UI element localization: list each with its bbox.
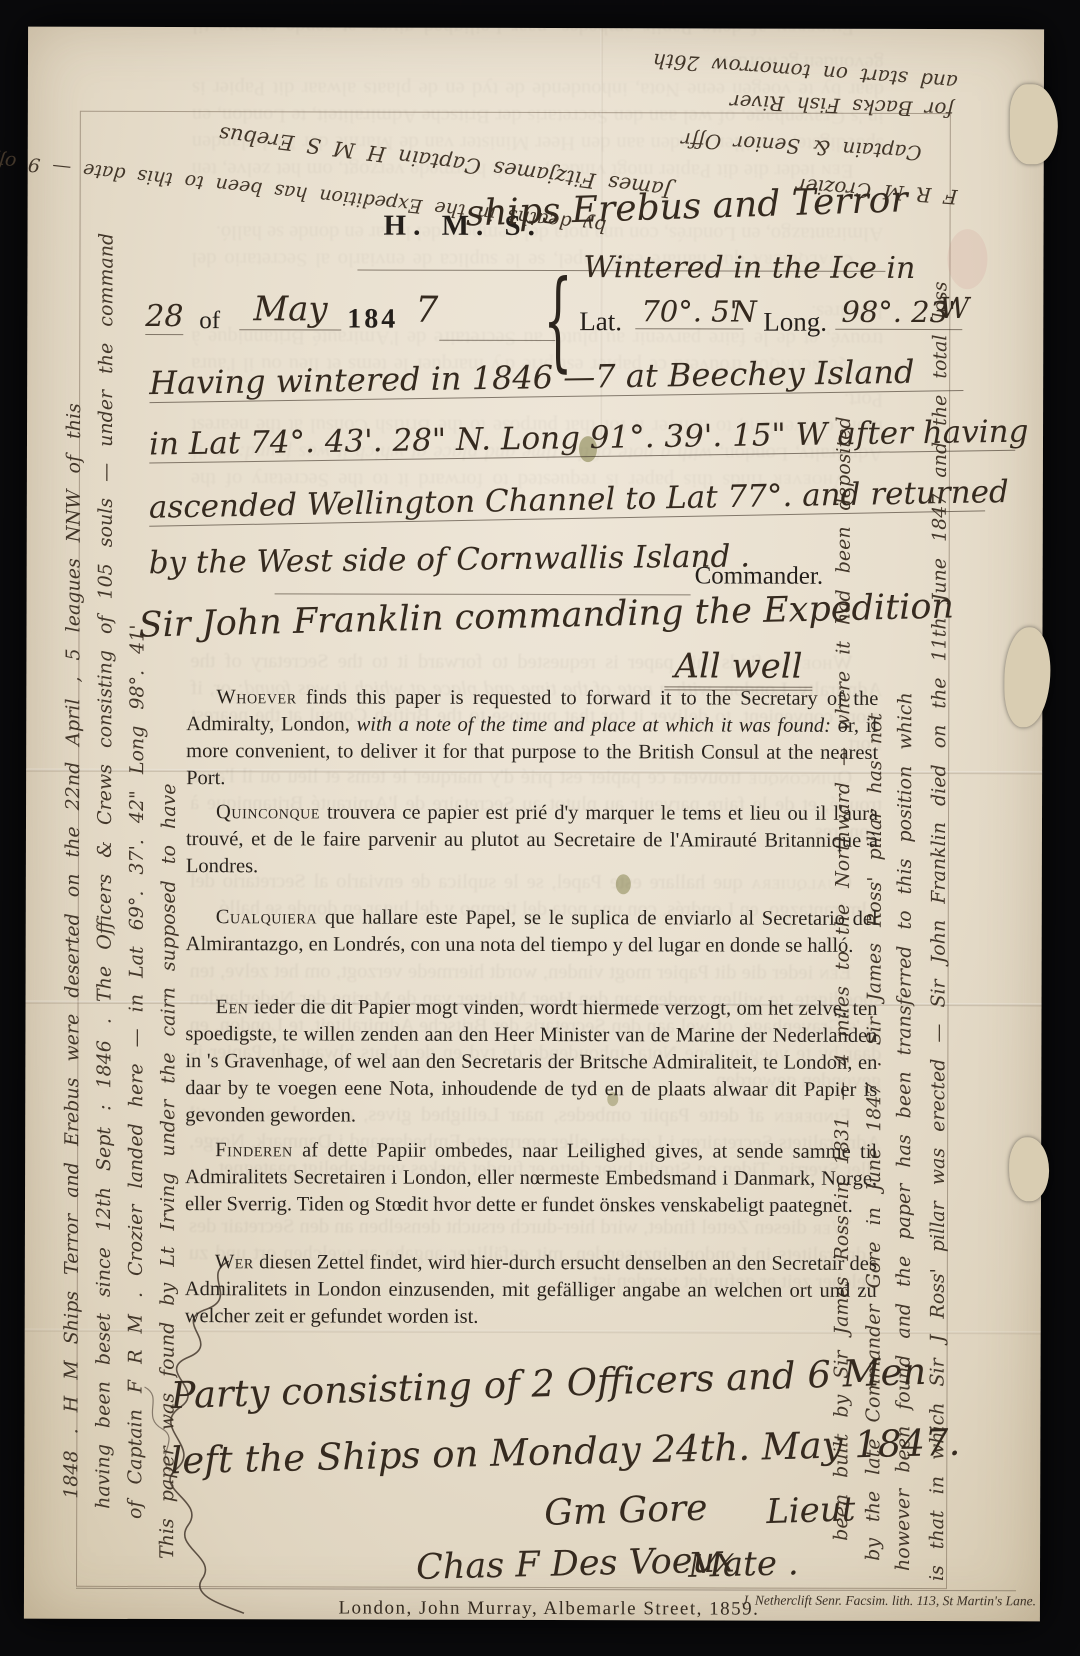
paragraph-lead: Finderen — [215, 1139, 293, 1161]
paragraph-text: ieder die dit Papier mogt vinden, wordt … — [185, 996, 877, 1126]
paragraph-dutch: Een ieder die dit Papier mogt vinden, wo… — [185, 994, 877, 1131]
signature-des-voeux-rank: Mate . — [688, 1543, 799, 1586]
paragraph-lead: Whoever — [216, 686, 296, 708]
imprint-lithographer: J. Netherclift Senr. Facsim. lith. 113, … — [656, 1592, 1036, 1609]
signature-gore: Gm Gore — [544, 1488, 709, 1534]
paragraph-text: diesen Zettel findet, wird hier-durch er… — [185, 1251, 877, 1328]
signature-gore-rank: Lieut — [766, 1489, 856, 1532]
paragraph-lead: Quinconque — [216, 801, 320, 823]
paragraph-lead: Cualquiera — [216, 906, 317, 928]
photo-backdrop: and start on tomorrow 26th for Backs Fis… — [0, 0, 1080, 1656]
paragraph-english: Whoever finds this paper is requested to… — [186, 684, 878, 794]
paragraph-danish: Finderen af dette Papiir ombedes, naar L… — [185, 1137, 877, 1220]
paragraph-lead: Een — [215, 996, 248, 1018]
paragraph-french: Quinconque trouvera ce papier est prié d… — [186, 799, 878, 882]
paragraph-lead: Wer — [215, 1251, 254, 1273]
paragraph-spanish: Cualquiera que hallare este Papel, se le… — [186, 904, 878, 960]
paragraph-italic-text: with a note of the time and place at whi… — [357, 714, 831, 737]
paper-sheet: and start on tomorrow 26th for Backs Fis… — [24, 27, 1044, 1622]
paragraph-german: Wer diesen Zettel findet, wird hier-durc… — [185, 1249, 877, 1332]
